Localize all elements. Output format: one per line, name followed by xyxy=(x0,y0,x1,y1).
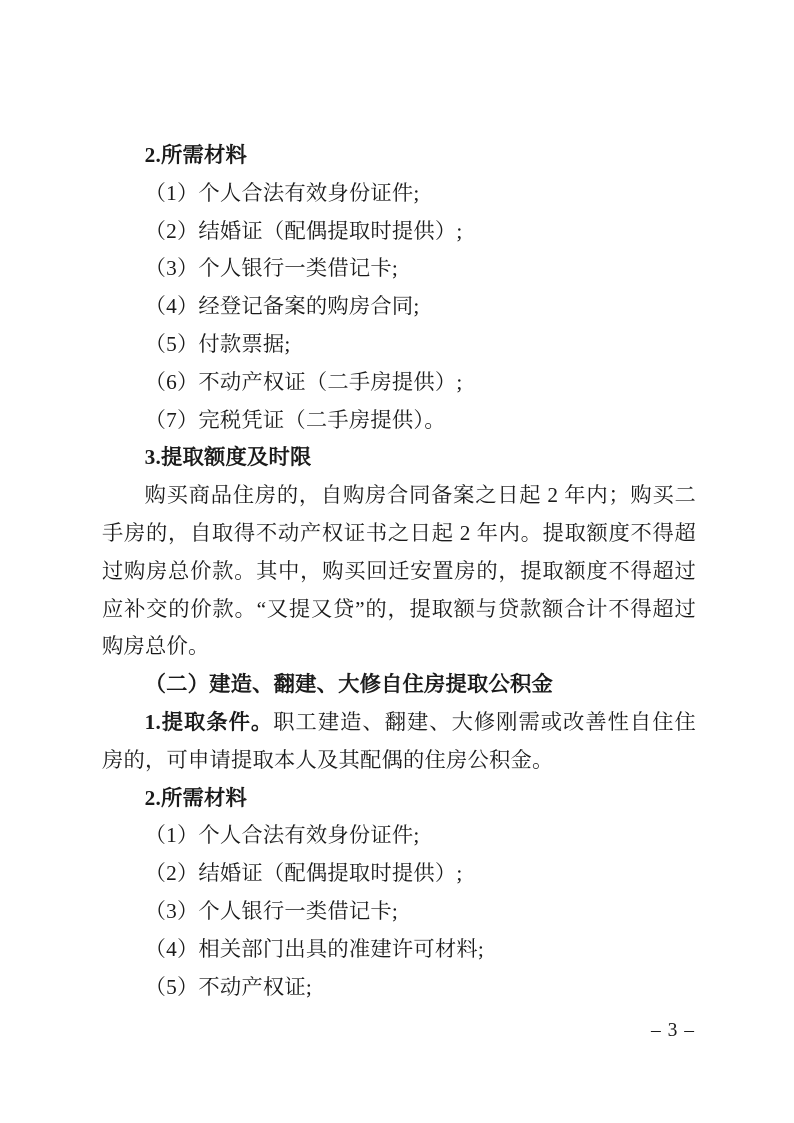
purchase-materials-item-5: （5）付款票据; xyxy=(102,326,696,364)
build-materials-item-1: （1）个人合法有效身份证件; xyxy=(102,817,696,855)
build-materials-item-4: （4）相关部门出具的准建许可材料; xyxy=(102,931,696,969)
page-number: – 3 – xyxy=(651,1019,695,1043)
build-materials-item-5: （5）不动产权证; xyxy=(102,969,696,1007)
heading-required-materials-build: 2.所需材料 xyxy=(102,780,696,818)
build-materials-item-2: （2）结婚证（配偶提取时提供）; xyxy=(102,855,696,893)
purchase-materials-item-6: （6）不动产权证（二手房提供）; xyxy=(102,364,696,402)
purchase-materials-item-3: （3）个人银行一类借记卡; xyxy=(102,250,696,288)
heading-section-two-build-renovate: （二）建造、翻建、大修自住房提取公积金 xyxy=(102,666,696,704)
build-materials-item-3: （3）个人银行一类借记卡; xyxy=(102,893,696,931)
document-page: 2.所需材料 （1）个人合法有效身份证件; （2）结婚证（配偶提取时提供）; （… xyxy=(0,0,794,1123)
heading-withdrawal-limit-and-deadline: 3.提取额度及时限 xyxy=(102,439,696,477)
document-body: 2.所需材料 （1）个人合法有效身份证件; （2）结婚证（配偶提取时提供）; （… xyxy=(102,137,696,1006)
purchase-materials-item-1: （1）个人合法有效身份证件; xyxy=(102,175,696,213)
paragraph-withdrawal-limit-rules: 购买商品住房的，自购房合同备案之日起 2 年内；购买二手房的，自取得不动产权证书… xyxy=(102,477,696,666)
purchase-materials-item-2: （2）结婚证（配偶提取时提供）; xyxy=(102,213,696,251)
purchase-materials-item-4: （4）经登记备案的购房合同; xyxy=(102,288,696,326)
paragraph-withdrawal-conditions: 1.提取条件。职工建造、翻建、大修刚需或改善性自住住房的，可申请提取本人及其配偶… xyxy=(102,704,696,780)
purchase-materials-item-7: （7）完税凭证（二手房提供）。 xyxy=(102,402,696,440)
heading-required-materials-purchase: 2.所需材料 xyxy=(102,137,696,175)
withdrawal-conditions-lead-label: 1.提取条件。 xyxy=(145,710,274,734)
